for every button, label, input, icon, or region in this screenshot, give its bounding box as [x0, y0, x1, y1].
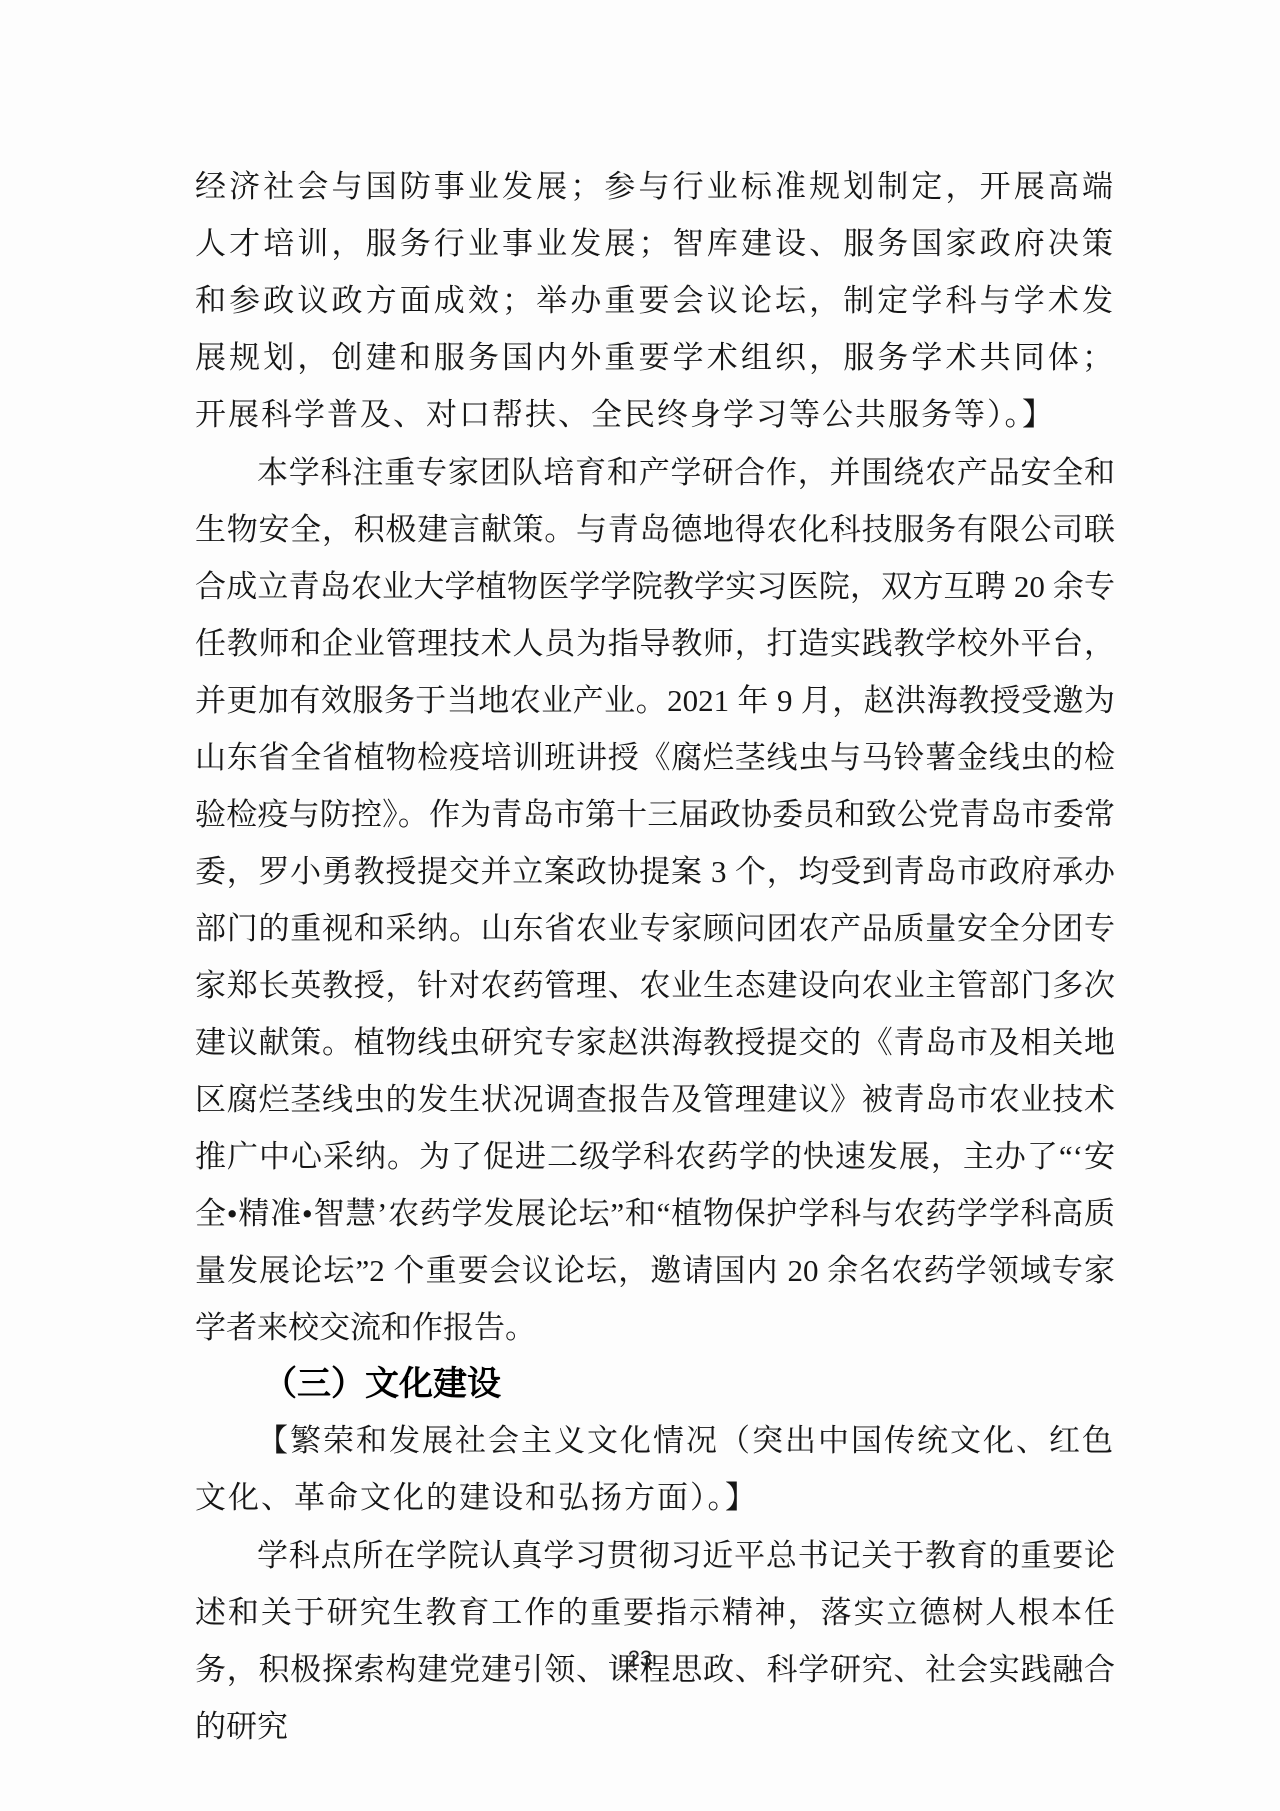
page-number: 23: [0, 1642, 1280, 1676]
paragraph-discipline-service: 本学科注重专家团队培育和产学研合作，并围绕农产品安全和生物安全，积极建言献策。与…: [195, 444, 1115, 1356]
paragraph-bracket-continuation: 经济社会与国防事业发展；参与行业标准规划制定，开展高端人才培训，服务行业事业发展…: [195, 159, 1115, 444]
document-page: 经济社会与国防事业发展；参与行业标准规划制定，开展高端人才培训，服务行业事业发展…: [0, 0, 1280, 1811]
section-heading-culture: （三）文化建设: [195, 1356, 1115, 1413]
text-block: 经济社会与国防事业发展；参与行业标准规划制定，开展高端人才培训，服务行业事业发展…: [195, 159, 1115, 1755]
paragraph-culture-body: 学科点所在学院认真学习贯彻习近平总书记关于教育的重要论述和关于研究生教育工作的重…: [195, 1527, 1115, 1755]
paragraph-bracket-culture: 【繁荣和发展社会主义文化情况（突出中国传统文化、红色文化、革命文化的建设和弘扬方…: [195, 1413, 1115, 1527]
